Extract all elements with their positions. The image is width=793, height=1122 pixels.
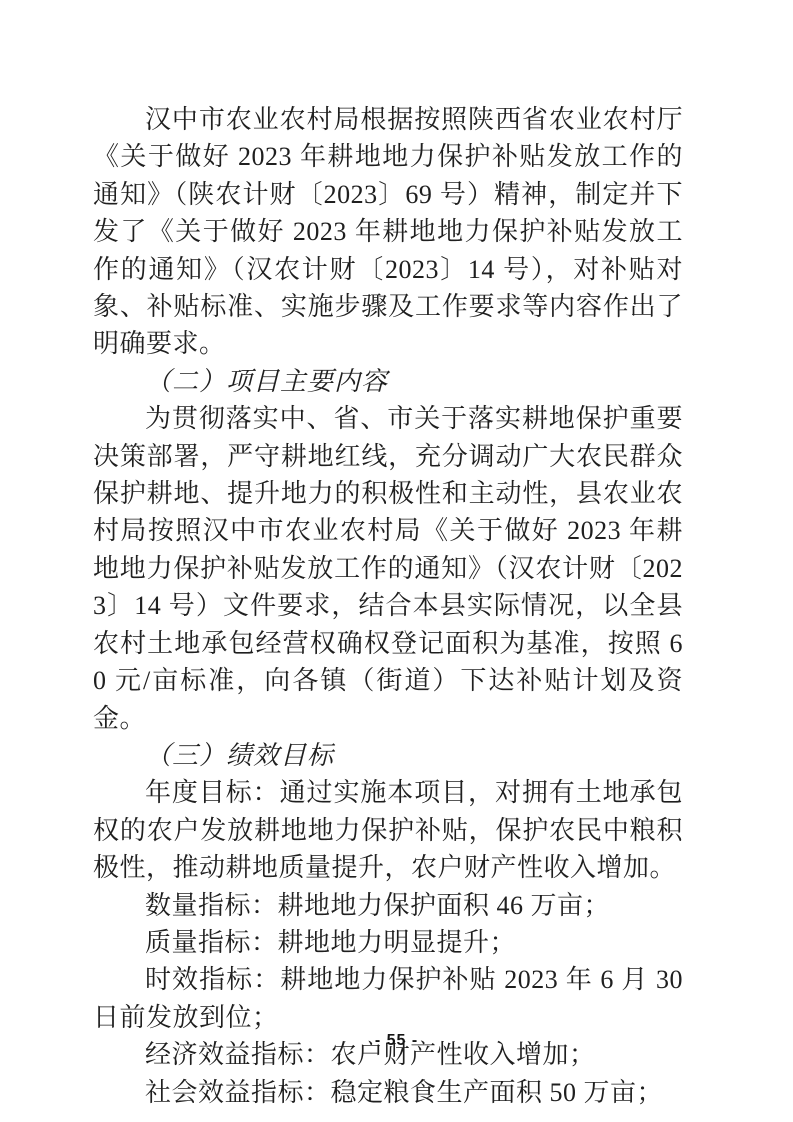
paragraph: 社会效益指标：稳定粮食生产面积 50 万亩； bbox=[93, 1074, 683, 1111]
page-footer: - 55 - bbox=[0, 1032, 793, 1050]
document-body: 汉中市农业农村局根据按照陕西省农业农村厅《关于做好 2023 年耕地地力保护补贴… bbox=[93, 101, 683, 1111]
paragraph: 为贯彻落实中、省、市关于落实耕地保护重要决策部署，严守耕地红线，充分调动广大农民… bbox=[93, 400, 683, 737]
paragraph: 数量指标：耕地地力保护面积 46 万亩； bbox=[93, 887, 683, 924]
paragraph: 年度目标：通过实施本项目，对拥有土地承包权的农户发放耕地地力保护补贴，保护农民中… bbox=[93, 774, 683, 886]
section-heading: （二）项目主要内容 bbox=[93, 363, 683, 400]
document-page: 汉中市农业农村局根据按照陕西省农业农村厅《关于做好 2023 年耕地地力保护补贴… bbox=[0, 0, 793, 1122]
page-number: - 55 - bbox=[375, 1032, 418, 1049]
section-heading: （三）绩效目标 bbox=[93, 737, 683, 774]
paragraph: 时效指标：耕地地力保护补贴 2023 年 6 月 30 日前发放到位； bbox=[93, 961, 683, 1036]
paragraph: 汉中市农业农村局根据按照陕西省农业农村厅《关于做好 2023 年耕地地力保护补贴… bbox=[93, 101, 683, 363]
paragraph: 质量指标：耕地地力明显提升； bbox=[93, 924, 683, 961]
